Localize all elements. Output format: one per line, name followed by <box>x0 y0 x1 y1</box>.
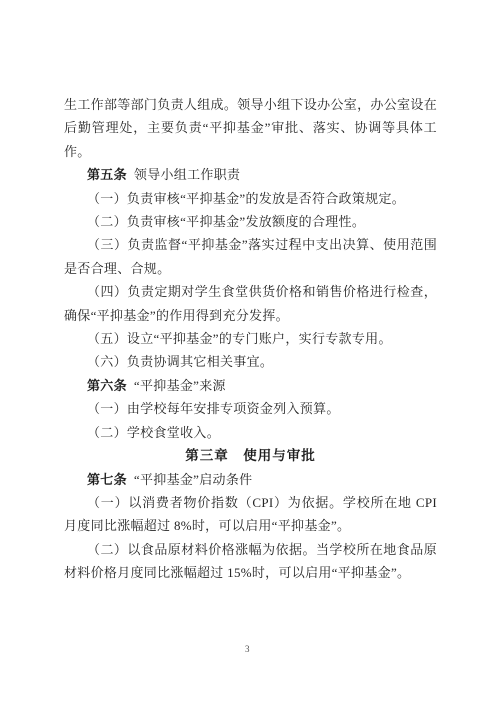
article-5-item-2: （二）负责审核“平抑基金”发放额度的合理性。 <box>64 210 437 233</box>
article-5-item-6: （六）负责协调其它相关事宜。 <box>64 350 437 373</box>
paragraph-continuation: 生工作部等部门负责人组成。领导小组下设办公室，办公室设在后勤管理处，主要负责“平… <box>64 93 437 163</box>
article-5-item-1: （一）负责审核“平抑基金”的发放是否符合政策规定。 <box>64 187 437 210</box>
article-5-item-4: （四）负责定期对学生食堂供货价格和销售价格进行检查，确保“平抑基金”的作用得到充… <box>64 280 437 327</box>
article-7-number: 第七条 <box>87 472 127 487</box>
article-6-item-2: （二）学校食堂收入。 <box>64 421 437 444</box>
article-5-heading: 第五条领导小组工作职责 <box>64 163 437 186</box>
article-7-item-2: （二）以食品原材料价格涨幅为依据。当学校所在地食品原材料价格月度同比涨幅超过 1… <box>64 538 437 585</box>
article-6-title: “平抑基金”来源 <box>134 378 226 393</box>
article-6-number: 第六条 <box>87 378 127 393</box>
document-body: 生工作部等部门负责人组成。领导小组下设办公室，办公室设在后勤管理处，主要负责“平… <box>64 93 437 585</box>
article-5-number: 第五条 <box>87 167 127 182</box>
article-7-heading: 第七条“平抑基金”启动条件 <box>64 468 437 491</box>
chapter-3-heading: 第三章 使用与审批 <box>64 444 437 467</box>
page-number: 3 <box>0 644 495 654</box>
article-5-item-5: （五）设立“平抑基金”的专门账户，实行专款专用。 <box>64 327 437 350</box>
article-7-title: “平抑基金”启动条件 <box>134 472 253 487</box>
article-6-item-1: （一）由学校每年安排专项资金列入预算。 <box>64 397 437 420</box>
article-6-heading: 第六条“平抑基金”来源 <box>64 374 437 397</box>
article-5-title: 领导小组工作职责 <box>134 167 240 182</box>
article-5-item-3: （三）负责监督“平抑基金”落实过程中支出决算、使用范围是否合理、合规。 <box>64 233 437 280</box>
article-7-item-1: （一）以消费者物价指数（CPI）为依据。学校所在地 CPI 月度同比涨幅超过 8… <box>64 491 437 538</box>
document-page: 生工作部等部门负责人组成。领导小组下设办公室，办公室设在后勤管理处，主要负责“平… <box>0 0 495 703</box>
